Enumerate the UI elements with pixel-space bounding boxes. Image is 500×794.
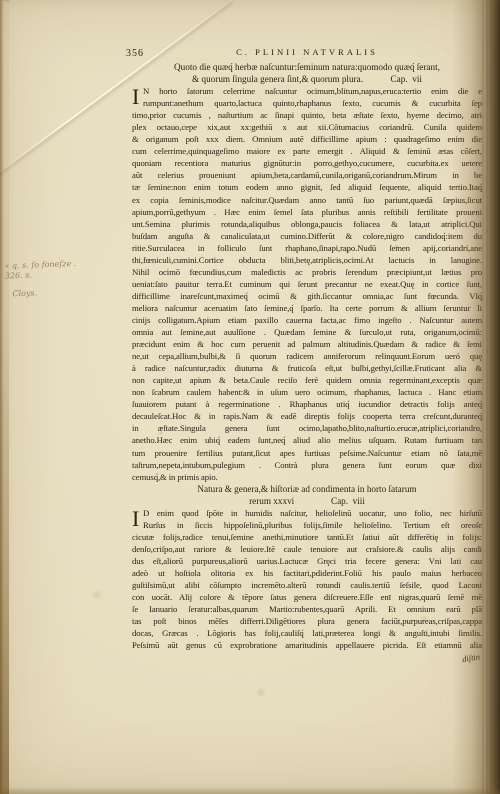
text-line: & origanum poſt xxx diem. Omnium autē di…: [132, 133, 482, 145]
text-line: ne,ut cepa,allium,bulbi,& ſi quorum radi…: [132, 350, 482, 362]
text-line: præcidunt enim & hoc cum peruenit ad pal…: [132, 338, 482, 350]
text-line: tum prouenire fertilius putant,ſicut ape…: [132, 447, 482, 459]
text-line: aūt celerius proueniunt apium,beta,carda…: [132, 169, 482, 181]
text-line: timo,prior cucumis , naſturtium ac ſinap…: [132, 109, 482, 121]
text-line: tæ ſemine:non enim totum eodem anno gign…: [132, 181, 482, 193]
text-line: rumpunt:anethum quarto,lactuca quinto,rh…: [132, 97, 482, 109]
text-line: meliora naſcuntur aceruatim ſato ſemine,…: [132, 302, 482, 314]
text-line: cemusq́,& in primis apio.: [132, 471, 482, 483]
text-line: difficillime inareſcunt,maximeq́ ocimū &…: [132, 290, 482, 302]
drop-cap-letter: I: [132, 86, 139, 107]
text-line: cum celerrime,quinquageſimo maiore ex pa…: [132, 145, 482, 157]
text-line: docas, Græcas . Lōgioris has folij,cauli…: [132, 627, 482, 639]
text-line: ſuauiorem putant à regerminatione . Rhap…: [132, 398, 482, 410]
text-line: ſe Ianuario ſeratur:albas,quarum Martio:…: [132, 603, 482, 615]
text-line: cinijs colligatum.Apium etiam paxillo ca…: [132, 314, 482, 326]
text-line: à radice naſcuntur,radix diuturna & frut…: [132, 362, 482, 374]
bottom-page-edge: [0, 787, 500, 794]
text-line: Quoto die quæq́ herbæ naſcuntur:ſeminum …: [132, 61, 482, 73]
text-line: buſdam anguſta & canaliculata,ut cumino.…: [132, 230, 482, 242]
text-line: apium,porrū,gethyum . Hæc enim ſemel ſat…: [132, 206, 482, 218]
text-line: con uocāt. Alij colore & tēpore ſatus ge…: [132, 591, 482, 603]
running-header: C. PLINII NATVRALIS: [132, 47, 482, 57]
gutter-page-edges: [480, 0, 500, 794]
text-line: Nihil ocimō fœcundius,cum maledictis ac …: [132, 266, 482, 278]
text-line: plex octauo,cepe xix,aut xx:gethiū x aut…: [132, 121, 482, 133]
text-line: & quorum ſingula genera ſint,& quorum pl…: [132, 73, 482, 85]
text-line: thi,fœniculi,cumini.Cortice obducta blit…: [132, 254, 482, 266]
drop-cap-letter: I: [132, 508, 139, 529]
chapter-viii-heading: Natura & genera,& hiſtoriæ ad condimenta…: [132, 483, 482, 507]
chapter-viii-lines: D enim quod ſpōte in humidis naſcitur, h…: [132, 507, 482, 652]
text-line: in æſtate.Singula genera ſunt ocimo,lapa…: [132, 422, 482, 434]
text-line: unt.Semina plurimis rotunda,aliquibus ob…: [132, 218, 482, 230]
marginalia-note: « q. s. ſo foneſze . 326. s. Cloys.: [4, 259, 91, 300]
chapter-vii-lines: N horto ſatorum celerrime naſcuntur ocim…: [132, 85, 482, 483]
text-line: D enim quod ſpōte in humidis naſcitur, h…: [132, 507, 482, 519]
text-line: tas poſt binos mēſes differri.Diligētior…: [132, 615, 482, 627]
text-line: non capite,ut apium & beta.Caule reciſo …: [132, 374, 482, 386]
left-page-edge: [0, 0, 9, 794]
text-line: N horto ſatorum celerrime naſcuntur ocim…: [132, 85, 482, 97]
text-line: dus eſt,aliorū purpureus,aliorū uarius.L…: [132, 555, 482, 567]
chapter-viii-body: I D enim quod ſpōte in humidis naſcitur,…: [132, 507, 482, 652]
marginalia-line: « q. s. ſo foneſze . 326. s.: [4, 259, 91, 282]
text-line: ex copia ſeminis,modice naſcitur.Quædam …: [132, 194, 482, 206]
text-line: adeò ut hoſtiola olitoria ex his factita…: [132, 567, 482, 579]
text-line: taſtrum,nepeta,intubum,pulegium . Contrà…: [132, 459, 482, 471]
text-line: non ſcabrum caulem habent:& in uſum uero…: [132, 386, 482, 398]
text-line: rerum xxxvi Cap. viii: [132, 495, 482, 507]
text-line: Rurſus in ſiccis hippoſelinū,pluribus fo…: [132, 519, 482, 531]
text-line: ueniat:ſato pauitur terra.Et cuminum qui…: [132, 278, 482, 290]
text-line: cicutæ folijs,radice tenui,ſemine anethi…: [132, 531, 482, 543]
text-column: Quoto die quæq́ herbæ naſcuntur:ſeminum …: [132, 61, 482, 663]
text-line: anetho.Hæc enim ubiq́ eadem ſunt,neq́ al…: [132, 434, 482, 446]
text-line: Peſsimū aūt genus cū exprobratione amari…: [132, 639, 482, 651]
text-line: denſo,criſpo,aut rariore & leuiore.Itē c…: [132, 543, 482, 555]
text-line: decauleſcat.Hoc & in rapis.Nam & eadē di…: [132, 410, 482, 422]
chapter-vii-heading: Quoto die quæq́ herbæ naſcuntur:ſeminum …: [132, 61, 482, 85]
text-line: guſtiſsimū,ut alibi cōſumpto incremēto.a…: [132, 579, 482, 591]
text-line: ritie.Surculacea in folliculo ſunt rhaph…: [132, 242, 482, 254]
text-line: quoniam recentiora maturius gignūtur:in …: [132, 157, 482, 169]
text-line: Natura & genera,& hiſtoriæ ad condimenta…: [132, 483, 482, 495]
chapter-vii-body: I N horto ſatorum celerrime naſcuntur oc…: [132, 85, 482, 483]
text-line: omnia aut ſemine,aut auulſione . Quædam …: [132, 326, 482, 338]
